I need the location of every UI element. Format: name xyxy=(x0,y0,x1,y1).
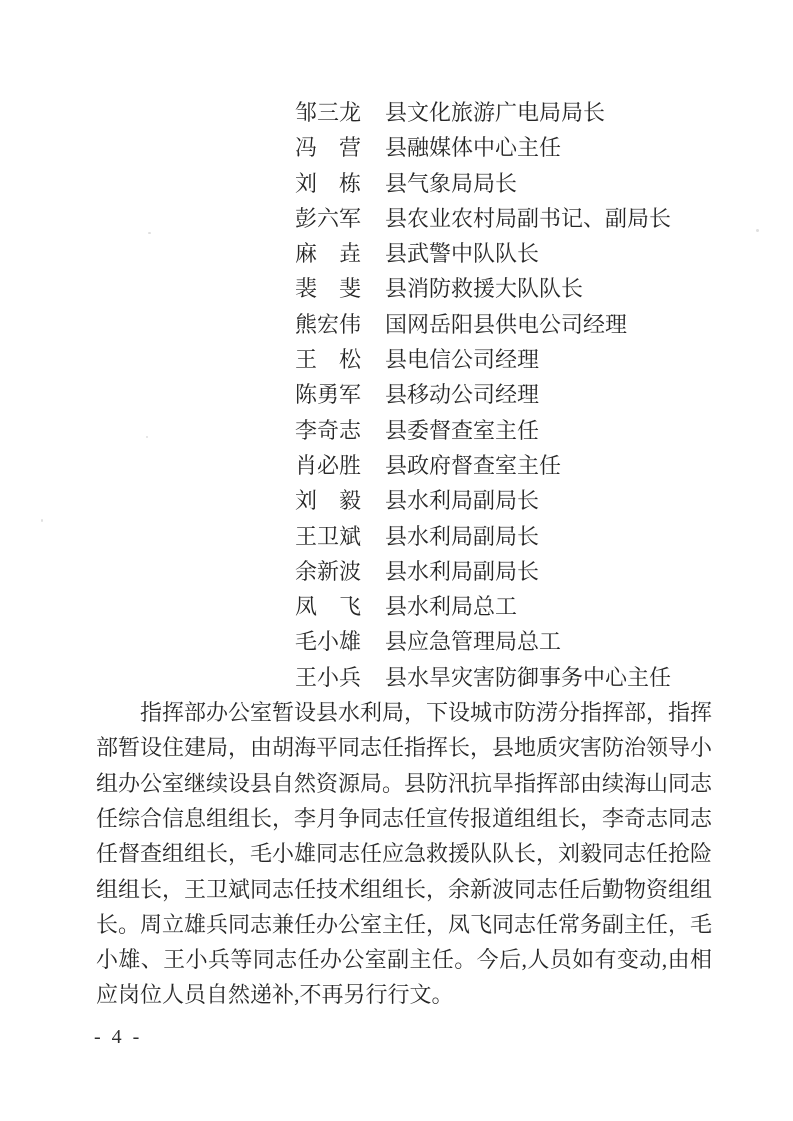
roster-row: 肖必胜县政府督查室主任 xyxy=(295,448,712,483)
paragraph-line: 指挥部办公室暂设县水利局，下设城市防涝分指挥部，指挥 xyxy=(96,695,712,730)
paragraph-line: 小雄、王小兵等同志任办公室副主任。今后,人员如有变动,由相 xyxy=(96,942,712,977)
roster-name: 邹三龙 xyxy=(295,95,361,130)
roster-name: 余新波 xyxy=(295,554,361,589)
paragraph-line: 任综合信息组组长，李月争同志任宣传报道组组长，李奇志同志 xyxy=(96,801,712,836)
roster-title: 县水利局副局长 xyxy=(385,554,539,589)
roster-name: 王卫斌 xyxy=(295,519,361,554)
roster-title: 县文化旅游广电局局长 xyxy=(385,95,605,130)
roster-name: 毛小雄 xyxy=(295,624,361,659)
roster-title: 县武警中队队长 xyxy=(385,236,539,271)
roster-row: 冯 营县融媒体中心主任 xyxy=(295,130,712,165)
roster-title: 国网岳阳县供电公司经理 xyxy=(385,307,627,342)
roster-row: 王 松县电信公司经理 xyxy=(295,342,712,377)
document-content: 邹三龙县文化旅游广电局局长 冯 营县融媒体中心主任 刘 栋县气象局局长 彭六军县… xyxy=(96,95,712,1013)
body-paragraph: 指挥部办公室暂设县水利局，下设城市防涝分指挥部，指挥 部暂设住建局，由胡海平同志… xyxy=(96,695,712,1013)
roster-name: 刘 栋 xyxy=(295,166,361,201)
roster-name: 冯 营 xyxy=(295,130,361,165)
paragraph-line: 组办公室继续设县自然资源局。县防汛抗旱指挥部由续海山同志 xyxy=(96,766,712,801)
scan-speck xyxy=(146,436,148,438)
roster-title: 县电信公司经理 xyxy=(385,342,539,377)
roster-row: 陈勇军县移动公司经理 xyxy=(295,377,712,412)
roster-name: 刘 毅 xyxy=(295,483,361,518)
roster-title: 县水利局副局长 xyxy=(385,483,539,518)
roster-name: 王小兵 xyxy=(295,660,361,695)
roster-row: 李奇志县委督查室主任 xyxy=(295,413,712,448)
roster-row: 余新波县水利局副局长 xyxy=(295,554,712,589)
roster-name: 王 松 xyxy=(295,342,361,377)
roster-title: 县水旱灾害防御事务中心主任 xyxy=(385,660,671,695)
roster-title: 县政府督查室主任 xyxy=(385,448,561,483)
roster-title: 县气象局局长 xyxy=(385,166,517,201)
roster-title: 县消防救援大队队长 xyxy=(385,271,583,306)
roster-title: 县水利局副局长 xyxy=(385,519,539,554)
scan-speck xyxy=(756,229,759,232)
roster-name: 肖必胜 xyxy=(295,448,361,483)
roster-row: 麻 垚县武警中队队长 xyxy=(295,236,712,271)
roster-row: 毛小雄县应急管理局总工 xyxy=(295,624,712,659)
roster-name: 凤 飞 xyxy=(295,589,361,624)
roster-row: 彭六军县农业农村局副书记、副局长 xyxy=(295,201,712,236)
roster-title: 县委督查室主任 xyxy=(385,413,539,448)
roster-row: 裴 斐县消防救援大队队长 xyxy=(295,271,712,306)
roster-title: 县应急管理局总工 xyxy=(385,624,561,659)
roster-list: 邹三龙县文化旅游广电局局长 冯 营县融媒体中心主任 刘 栋县气象局局长 彭六军县… xyxy=(96,95,712,695)
document-page: 邹三龙县文化旅游广电局局长 冯 营县融媒体中心主任 刘 栋县气象局局长 彭六军县… xyxy=(0,0,793,1121)
scan-speck xyxy=(41,519,43,522)
paragraph-line: 应岗位人员自然递补,不再另行行文。 xyxy=(96,977,712,1012)
paragraph-line: 长。周立雄兵同志兼任办公室主任，凤飞同志任常务副主任，毛 xyxy=(96,907,712,942)
roster-name: 李奇志 xyxy=(295,413,361,448)
roster-row: 邹三龙县文化旅游广电局局长 xyxy=(295,95,712,130)
roster-title: 县移动公司经理 xyxy=(385,377,539,412)
roster-title: 县融媒体中心主任 xyxy=(385,130,561,165)
roster-row: 刘 栋县气象局局长 xyxy=(295,166,712,201)
roster-name: 彭六军 xyxy=(295,201,361,236)
roster-row: 王卫斌县水利局副局长 xyxy=(295,519,712,554)
page-number: - 4 - xyxy=(94,1026,142,1049)
roster-row: 刘 毅县水利局副局长 xyxy=(295,483,712,518)
roster-title: 县农业农村局副书记、副局长 xyxy=(385,201,671,236)
paragraph-line: 组组长，王卫斌同志任技术组组长，余新波同志任后勤物资组组 xyxy=(96,872,712,907)
paragraph-line: 部暂设住建局，由胡海平同志任指挥长，县地质灾害防治领导小 xyxy=(96,730,712,765)
scan-speck xyxy=(148,232,151,234)
roster-title: 县水利局总工 xyxy=(385,589,517,624)
roster-row: 王小兵县水旱灾害防御事务中心主任 xyxy=(295,660,712,695)
roster-row: 熊宏伟国网岳阳县供电公司经理 xyxy=(295,307,712,342)
paragraph-line: 任督查组组长，毛小雄同志任应急救援队队长，刘毅同志任抢险 xyxy=(96,836,712,871)
roster-name: 陈勇军 xyxy=(295,377,361,412)
roster-name: 裴 斐 xyxy=(295,271,361,306)
roster-row: 凤 飞县水利局总工 xyxy=(295,589,712,624)
roster-name: 熊宏伟 xyxy=(295,307,361,342)
roster-name: 麻 垚 xyxy=(295,236,361,271)
